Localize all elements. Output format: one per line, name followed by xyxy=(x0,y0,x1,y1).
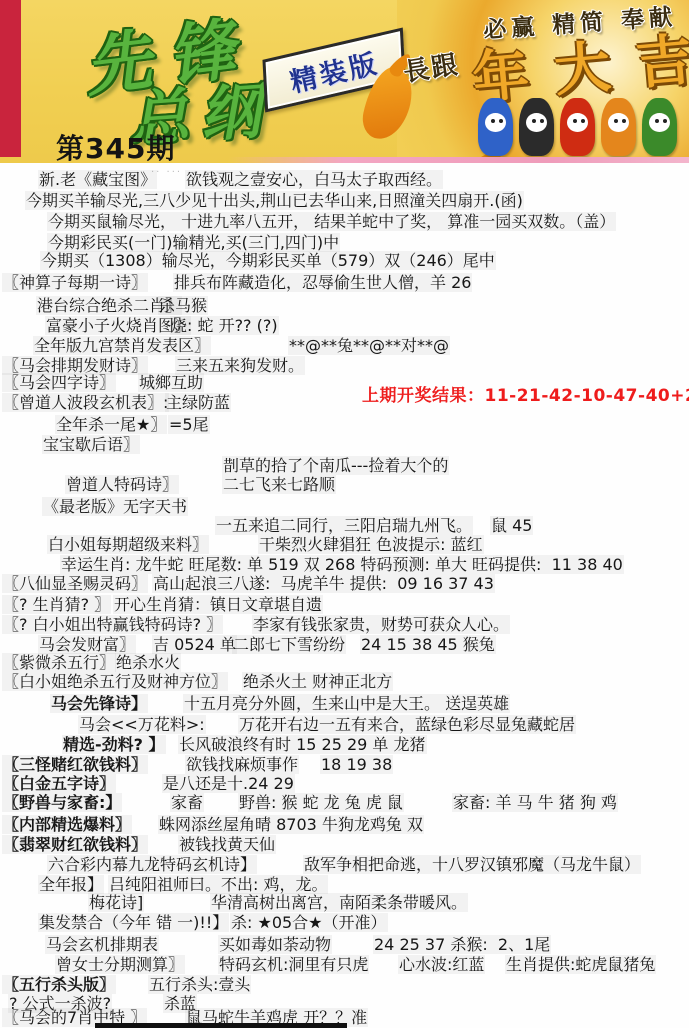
text-part: 今期买羊输尽光,三八少见十出头,荆山已去华山来,日照潼关四扇开.(函) xyxy=(25,191,524,210)
text-part: 曾女士分期测算〗 xyxy=(55,955,185,974)
text-part: 高山起浪三八遂: 马虎羊牛 提供: 09 16 37 43 xyxy=(152,574,495,593)
text-part: 今期彩民买(一门)输精光,买(三门,四门)中 xyxy=(47,233,340,252)
text-part: 全年版九宫禁肖发表区〗 xyxy=(33,336,211,355)
text-part: 24 25 37 杀猴: 2、1尾 xyxy=(373,935,551,954)
text-part: 〖? 生肖猜? 〗 xyxy=(2,595,111,614)
text-part: 杀: ★05合★（开准） xyxy=(230,913,388,932)
last-draw-result: 上期开奖结果：11-21-42-10-47-40+27 xyxy=(362,381,689,406)
pink-divider xyxy=(228,157,689,163)
text-part: 排兵布阵藏造化，忍辱偷生世人僧，羊 26 xyxy=(173,273,472,292)
text-part: 精选-劲料? 】 xyxy=(62,735,166,754)
text-part: 二郎七下雪纷纷 xyxy=(232,635,346,654)
text-part: **@**兔**@**对**@ xyxy=(288,336,450,355)
text-part: 开心生肖猜：镇日文章堪自遗 xyxy=(113,595,323,614)
text-part: 吉 0524 单 xyxy=(152,635,237,654)
text-part: 心水波:红蓝 xyxy=(398,955,485,974)
text-part: 家畜: 羊 马 牛 猪 狗 鸡 xyxy=(452,793,618,812)
text-part: 幸运生肖: 龙牛蛇 旺尾数: 单 519 双 268 特码预测: 单大 旺码提供… xyxy=(60,555,624,574)
text-part: 宝宝歇后语〗 xyxy=(42,435,140,454)
red-strip xyxy=(0,0,21,157)
last-draw-label: 上期开奖结果： xyxy=(362,386,485,406)
text-part: 18 19 38 xyxy=(320,755,393,774)
text-part: 曾道人特码诗〗 xyxy=(65,475,179,494)
text-part: 〖内部精选爆料〗 xyxy=(2,815,132,834)
text-part: 杀马猴 xyxy=(158,296,208,315)
mascot-black-icon xyxy=(519,98,554,156)
text-part: 马会<<万花料>: xyxy=(78,715,206,734)
text-part: 五行杀头:壹头 xyxy=(148,975,251,994)
text-part: 生肖提供:蛇虎鼠猪兔 xyxy=(505,955,656,974)
text-part: 集发禁合（今年 错 一)!!】 xyxy=(38,913,229,932)
text-part: 白小姐每期超级来料〗 xyxy=(47,535,209,554)
text-part: 马会先锋诗】 xyxy=(50,694,148,713)
text-part: 全年杀一尾★〗 xyxy=(55,415,167,434)
edition-badge-label: 精装版 xyxy=(286,41,382,99)
text-part: 〖曾道人波段玄机表〗: xyxy=(2,393,169,412)
text-part: 今期买鼠输尽光， 十进九率八五开， 结果羊蛇中了奖， 算准一园买双数。（盖） xyxy=(47,212,616,231)
text-part: 〖野兽与家畜:】 xyxy=(2,793,122,812)
text-part: 蛛网添丝屋角晴 8703 牛狗龙鸡兔 双 xyxy=(158,815,424,834)
text-part: 一五来追二同行，三阳启瑞九州飞。 xyxy=(215,516,473,535)
text-part: 24 15 38 45 猴兔 xyxy=(360,635,496,654)
text-part: 新.老《藏宝图》 xyxy=(38,170,157,189)
text-part: 〖? 白小姐出特赢钱特码诗? 〗 xyxy=(2,615,223,634)
text-part: 绝杀火土 财神正北方 xyxy=(242,672,393,691)
text-part: 〖翡翠财红欲钱料〗 xyxy=(2,835,148,854)
text-part: 〖八仙显圣赐灵码〗 xyxy=(2,574,148,593)
text-part: 野兽: 猴 蛇 龙 兔 虎 鼠 xyxy=(238,793,404,812)
text-part: 买如毒如荼动物 xyxy=(218,935,332,954)
text-part: 全年报】 xyxy=(38,875,104,894)
text-part: 马会玄机排期表 xyxy=(45,935,159,954)
text-part: 鼠 45 xyxy=(490,516,533,535)
text-part: 是八还是十.24 29 xyxy=(162,774,295,793)
text-part: 〖白小姐绝杀五行及财神方位〗 xyxy=(2,672,228,691)
text-part: 梅花诗] xyxy=(88,893,144,912)
bottom-bar xyxy=(95,1023,347,1028)
mascot-blue-icon xyxy=(478,98,513,156)
text-part: 被钱找黄天仙 xyxy=(178,835,276,854)
text-part: 〖五行杀头版〗 xyxy=(2,975,116,994)
text-part: 主绿防蓝 xyxy=(165,393,231,412)
mascot-orange-icon xyxy=(601,98,636,156)
mascot-green-icon xyxy=(642,98,677,156)
text-part: 绝杀水火 xyxy=(115,653,181,672)
text-part: 特码玄机:洞里有只虎 xyxy=(218,955,369,974)
text-part: 李家有钱张家贵，财势可获众人心。 xyxy=(252,615,510,634)
issue-number: 第345期 xyxy=(56,127,175,163)
text-part: 万花开右边一五有来合，蓝绿色彩尽显兔藏蛇居 xyxy=(238,715,576,734)
text-part: 剒草的拾了个南瓜---捡着大个的 xyxy=(222,456,449,475)
text-part: 今期买（1308）输尽光，今期彩民买单（579）双（246）尾中 xyxy=(40,251,496,270)
mascots xyxy=(478,98,677,156)
text-part: 欲钱找麻烦事作 xyxy=(185,755,299,774)
mascot-red-icon xyxy=(560,98,595,156)
text-part: 《最老版》无字天书 xyxy=(42,497,188,516)
text-part: 〖紫微杀五行〗 xyxy=(2,653,116,672)
text-part: 二七飞来七路顺 xyxy=(222,475,336,494)
text-part: 华清高树出离宫，南陌柔条带暖风。 xyxy=(210,893,468,912)
text-part: =5尾 xyxy=(168,415,210,434)
text-part: 〖神算子每期一诗〗 xyxy=(2,273,148,292)
text-part: 烧: 蛇 开?? (?) xyxy=(170,316,279,335)
text-part: 十五月亮分外圆，生来山中是大王。 送逞英雄 xyxy=(183,694,510,713)
text-part: 城鄉互助 xyxy=(138,373,204,392)
text-part: 家畜 xyxy=(170,793,204,812)
text-part: 〖马会四字诗〗 xyxy=(2,373,116,392)
text-part: 欲钱观之壹安心，白马太子取西经。 xyxy=(185,170,443,189)
last-draw-numbers: 11-21-42-10-47-40+27 xyxy=(485,386,689,406)
masthead: 先锋 总纲 精装版 必赢 精简 奉献 長跟 年大吉 第345期 xyxy=(0,0,689,163)
text-part: 马会发财富〗 xyxy=(38,635,136,654)
tipsheet-page: 先锋 总纲 精装版 必赢 精简 奉献 長跟 年大吉 第345期 ·· ··· —… xyxy=(0,0,689,1028)
text-part: 〖三怪赌红欲钱料〗 xyxy=(2,755,148,774)
text-part: 吕纯阳祖师曰。不出: 鸡，龙。 xyxy=(108,875,328,894)
text-part: 干柴烈火肆猖狂 色波提示: 蓝红 xyxy=(258,535,484,554)
text-part: 六合彩内幕九龙特码玄机诗】 xyxy=(47,855,257,874)
text-part: 〖白金五字诗〗 xyxy=(2,774,116,793)
text-part: 敌军争相把命逃，十八罗汉镇邪魔（马龙牛鼠） xyxy=(303,855,641,874)
text-part: 长风破浪终有时 15 25 29 单 龙猪 xyxy=(178,735,427,754)
